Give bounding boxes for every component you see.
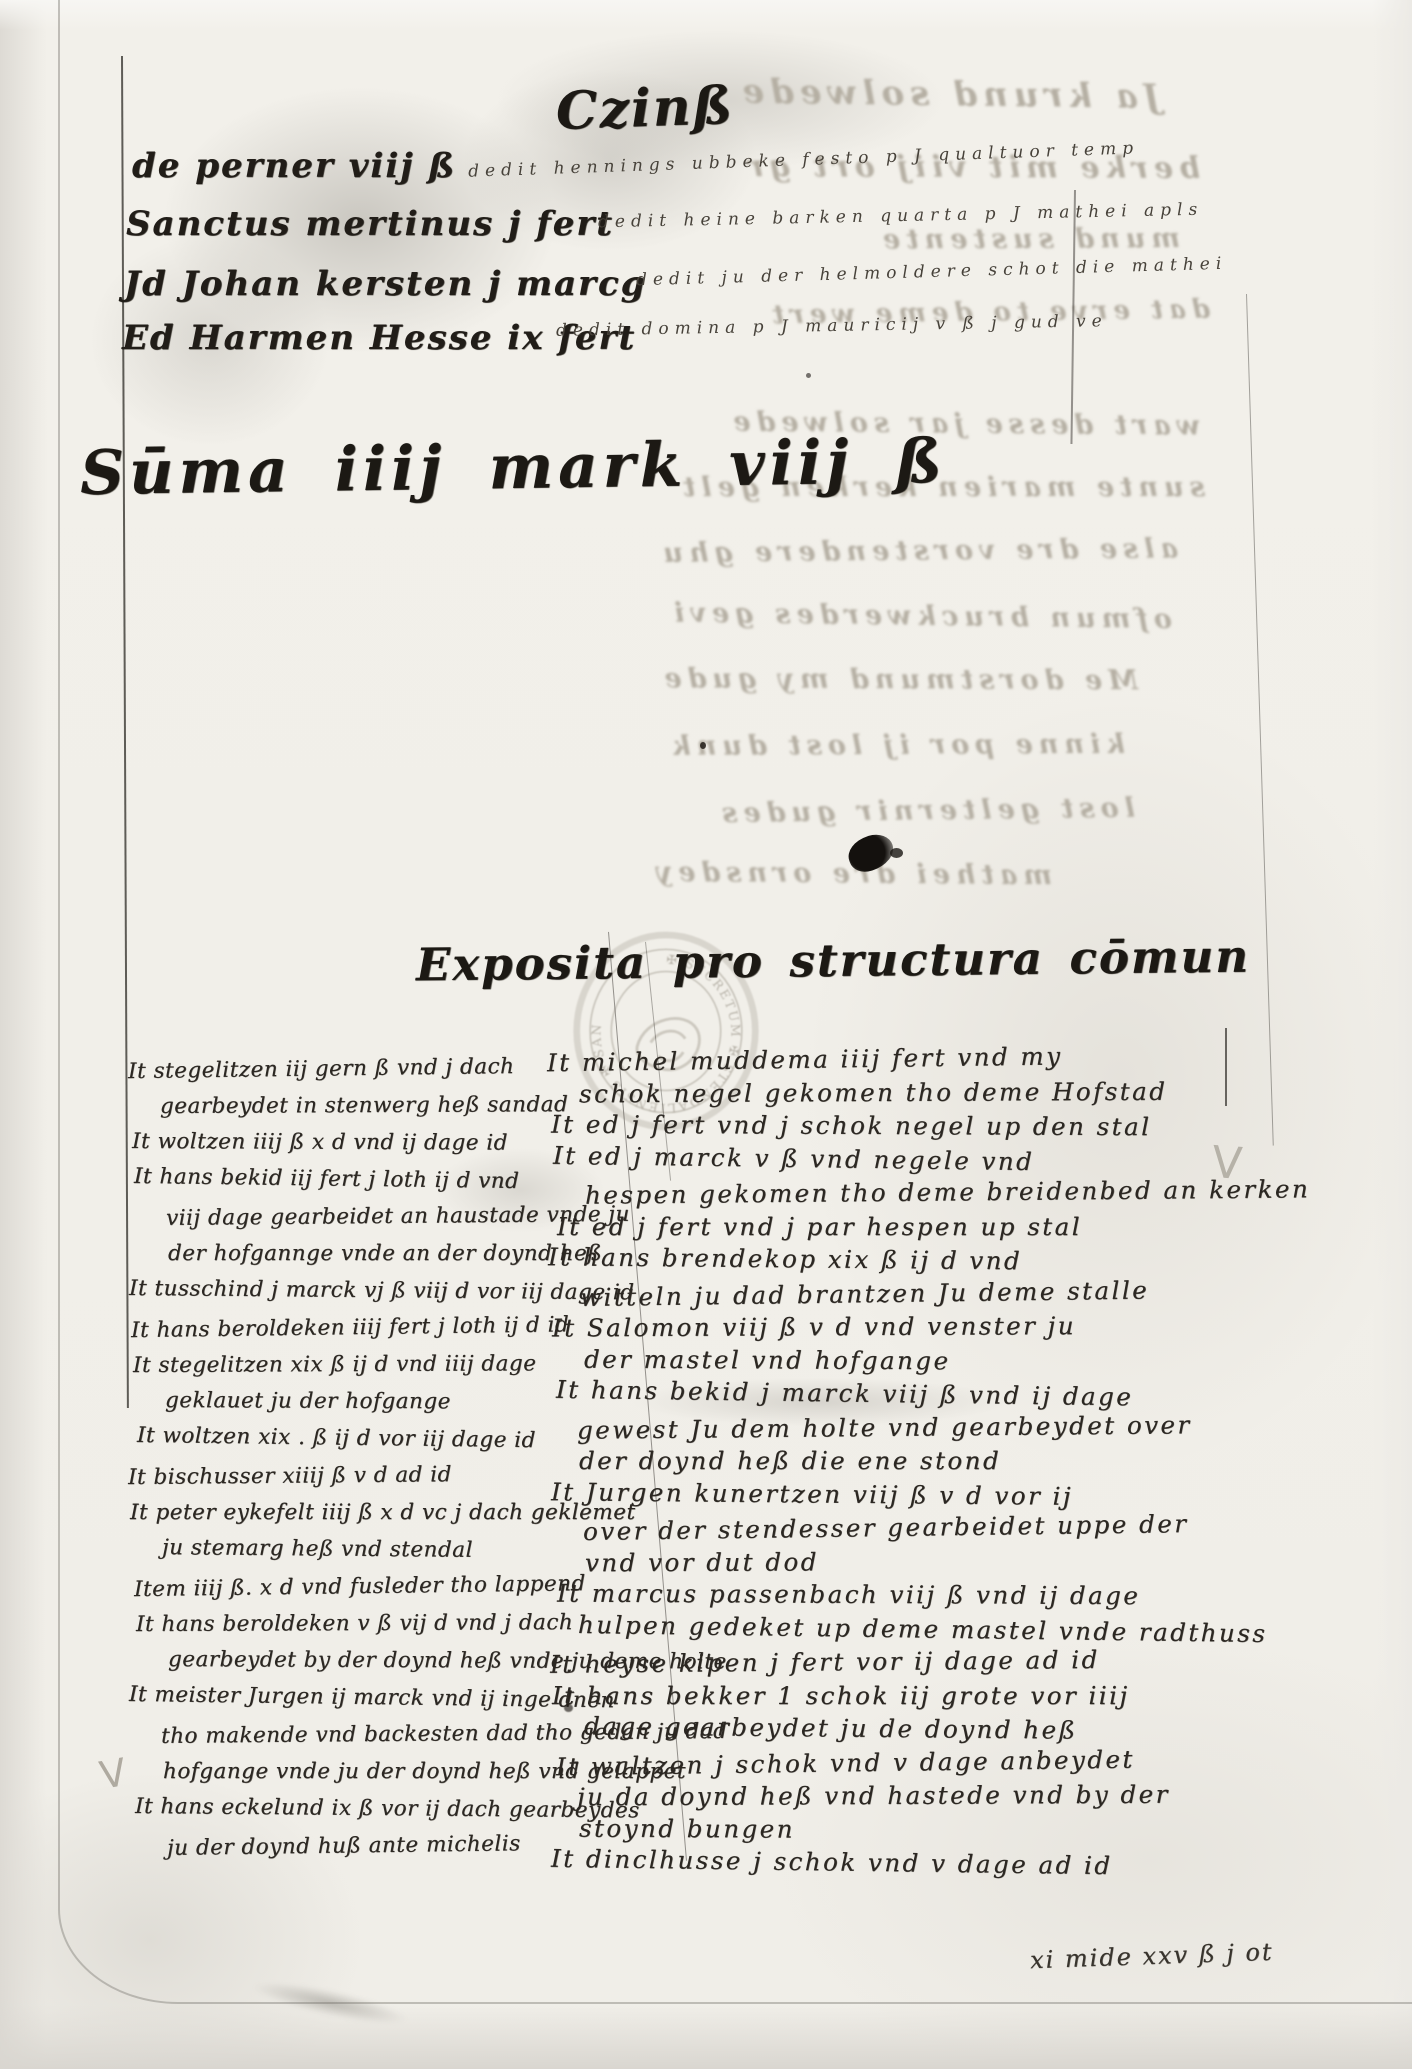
- ledger-line: It michel muddema iiij fert vnd my: [547, 1038, 1187, 1080]
- ledger-line: gearbeydet in stenwerg heß sandad: [160, 1086, 600, 1125]
- ledger-line: ju stemarg heß vnd stendal: [162, 1529, 602, 1570]
- ledger-line: It hans bekid iij fert j loth ij d vnd: [134, 1158, 604, 1201]
- ledger-line: geklauet ju der hofgange: [165, 1382, 605, 1421]
- ink-blot-small: [890, 848, 903, 858]
- suma-heading: Sūma iiij mark viij ß: [80, 426, 948, 509]
- ledger-line: It hans beroldeken v ß vij d vnd j dach: [136, 1604, 606, 1643]
- ink-blot: [844, 830, 898, 877]
- margin-check-mark: V: [96, 1750, 129, 1798]
- ledger-line: Item iiij ß. x d vnd fusleder tho lappen…: [134, 1565, 604, 1608]
- right-fold-line: [1246, 294, 1274, 1146]
- page-edge-top: [0, 0, 1412, 30]
- income-entry-main: Jd Johan kersten j marcg: [124, 264, 646, 304]
- ledger-line: It hans beroldeken iiij fert j loth ij d…: [131, 1306, 601, 1349]
- ledger-line: der hofgannge vnde an der doynd heß: [168, 1235, 608, 1272]
- income-entry-note: dedit ju der helmoldere schot die mathei: [636, 254, 1228, 291]
- ledger-line: It woltzen iiij ß x d vnd ij dage id: [132, 1123, 602, 1162]
- ink-speck: [700, 742, 706, 749]
- ledger-line: It marcus passenbach viij ß vnd ij dage: [557, 1577, 1197, 1613]
- bleedthrough-text: mathei dre ornsdey: [552, 856, 1052, 891]
- ledger-line: It stegelitzen iij gern ß vnd j dach: [128, 1047, 598, 1090]
- income-entry-main: Sanctus mertinus j fert: [126, 204, 614, 244]
- ledger-line: It peter eykefelt iiij ß x d vc j dach g…: [130, 1494, 600, 1531]
- ledger-line: stoynd bungen: [579, 1811, 1189, 1847]
- manuscript-page: Ja krund solwedeberke mit viij ort grmun…: [0, 0, 1412, 2069]
- ledger-line: It meister Jurgen ij marck vnd ij inge d…: [129, 1676, 599, 1719]
- ink-speck: [564, 1704, 573, 1712]
- ledger-line: It ed j fert vnd j par hespen up stal: [557, 1210, 1197, 1244]
- ledger-line: It hans bekker 1 schok iij grote vor iii…: [552, 1679, 1192, 1713]
- ledger-line: It Salomon viij ß v d vnd venster ju: [552, 1309, 1192, 1345]
- ledger-line: gearbeydet by der doynd heß vnde ju deme…: [168, 1641, 608, 1680]
- ledger-line: ju der doynd huß ante michelis: [167, 1824, 607, 1867]
- ledger-line: It dinclhusse j schok vnd v dage ad id: [551, 1842, 1191, 1884]
- page-edge-right: [1372, 0, 1412, 2069]
- income-entry-note: dedit hennings ubbeke festo p J qualtuor…: [468, 138, 1140, 181]
- ledger-line: It bischusser xiiij ß v d ad id: [128, 1455, 598, 1496]
- bleedthrough-text: lost gelternir gudes: [615, 793, 1135, 831]
- ledger-line: vnd vor dut dod: [585, 1543, 1195, 1579]
- page-title: Czinß: [555, 75, 735, 142]
- section-heading: Exposita pro structura cōmun: [416, 930, 1250, 992]
- expense-column-left: It stegelitzen iij gern ß vnd j dachgear…: [133, 1050, 603, 1864]
- ledger-line: It heyse kipen j fert vor ij dage ad id: [550, 1642, 1190, 1681]
- income-entry-main: de perner viij ß: [132, 146, 456, 186]
- ledger-line: It hans eckelund ix ß vor ij dach gearbe…: [135, 1788, 605, 1829]
- expense-column-right: It michel muddema iiij fert vnd myschok …: [552, 1042, 1192, 1880]
- ledger-line: It stegelitzen xix ß ij d vnd iiij dage: [133, 1345, 603, 1384]
- income-entry-note: dedit domina p J mauricij v ß j gud ve: [556, 311, 1108, 341]
- bleedthrough-text: mund sustente: [760, 223, 1180, 256]
- ink-speck: [806, 373, 811, 378]
- ledger-line: It tusschind j marck vj ß viij d vor iij…: [129, 1270, 599, 1311]
- ledger-line: It waltzen j schok vnd v dage anbeydet: [556, 1741, 1196, 1783]
- bleedthrough-text: Ja krund solwede: [690, 71, 1160, 117]
- ledger-line: hespen gekomen tho deme breidenbed an ke…: [585, 1173, 1195, 1212]
- bleedthrough-text: alse dre vorstendere ghu: [558, 533, 1178, 569]
- ledger-line: hofgange vnde ju der doynd heß vnd gelap…: [163, 1753, 603, 1790]
- ledger-line: witteln ju dad brantzen Ju deme stalle: [580, 1273, 1190, 1314]
- ledger-line: It ed j fert vnd j schok negel up den st…: [551, 1108, 1191, 1144]
- ledger-line: viij dage gearbeidet an haustade vnde ju: [166, 1196, 606, 1237]
- income-entry-note: dedit heine barken quarta p J mathei apl…: [598, 200, 1204, 233]
- ledger-line: der doynd heß die ene stond: [579, 1444, 1189, 1478]
- ledger-line: der mastel vnd hofgange: [584, 1342, 1194, 1378]
- margin-rule-line: [121, 56, 129, 1408]
- ledger-line: over der stendesser gearbeidet uppe der: [583, 1507, 1193, 1548]
- ledger-line: schok negel gekomen tho deme Hofstad: [579, 1074, 1189, 1110]
- right-margin-check-mark: V: [1210, 1137, 1244, 1190]
- ledger-line: gewest Ju dem holte vnd gearbeydet over: [577, 1408, 1187, 1447]
- ledger-line: It woltzen xix . ß ij d vor iij dage id: [137, 1417, 607, 1460]
- bottom-notation: xi mide xxv ß j ot: [1030, 1938, 1274, 1974]
- page-edge-left: [0, 0, 52, 2069]
- page-edge-bottom: [0, 2005, 1412, 2069]
- paper-corner-smudge: [249, 1974, 411, 2033]
- bleedthrough-text: Me dorstmund my gude: [558, 663, 1138, 697]
- right-short-rule-line: [1225, 1028, 1227, 1106]
- bleedthrough-text: ofmun bruckwerdes gevi: [552, 596, 1172, 635]
- bleedthrough-text: kinne por ij lost dunk: [585, 729, 1125, 762]
- ledger-line: tho makende vnd backesten dad tho gedan …: [161, 1714, 601, 1755]
- ledger-line: ju da doynd heß vnd hastede vnd by der: [577, 1778, 1187, 1814]
